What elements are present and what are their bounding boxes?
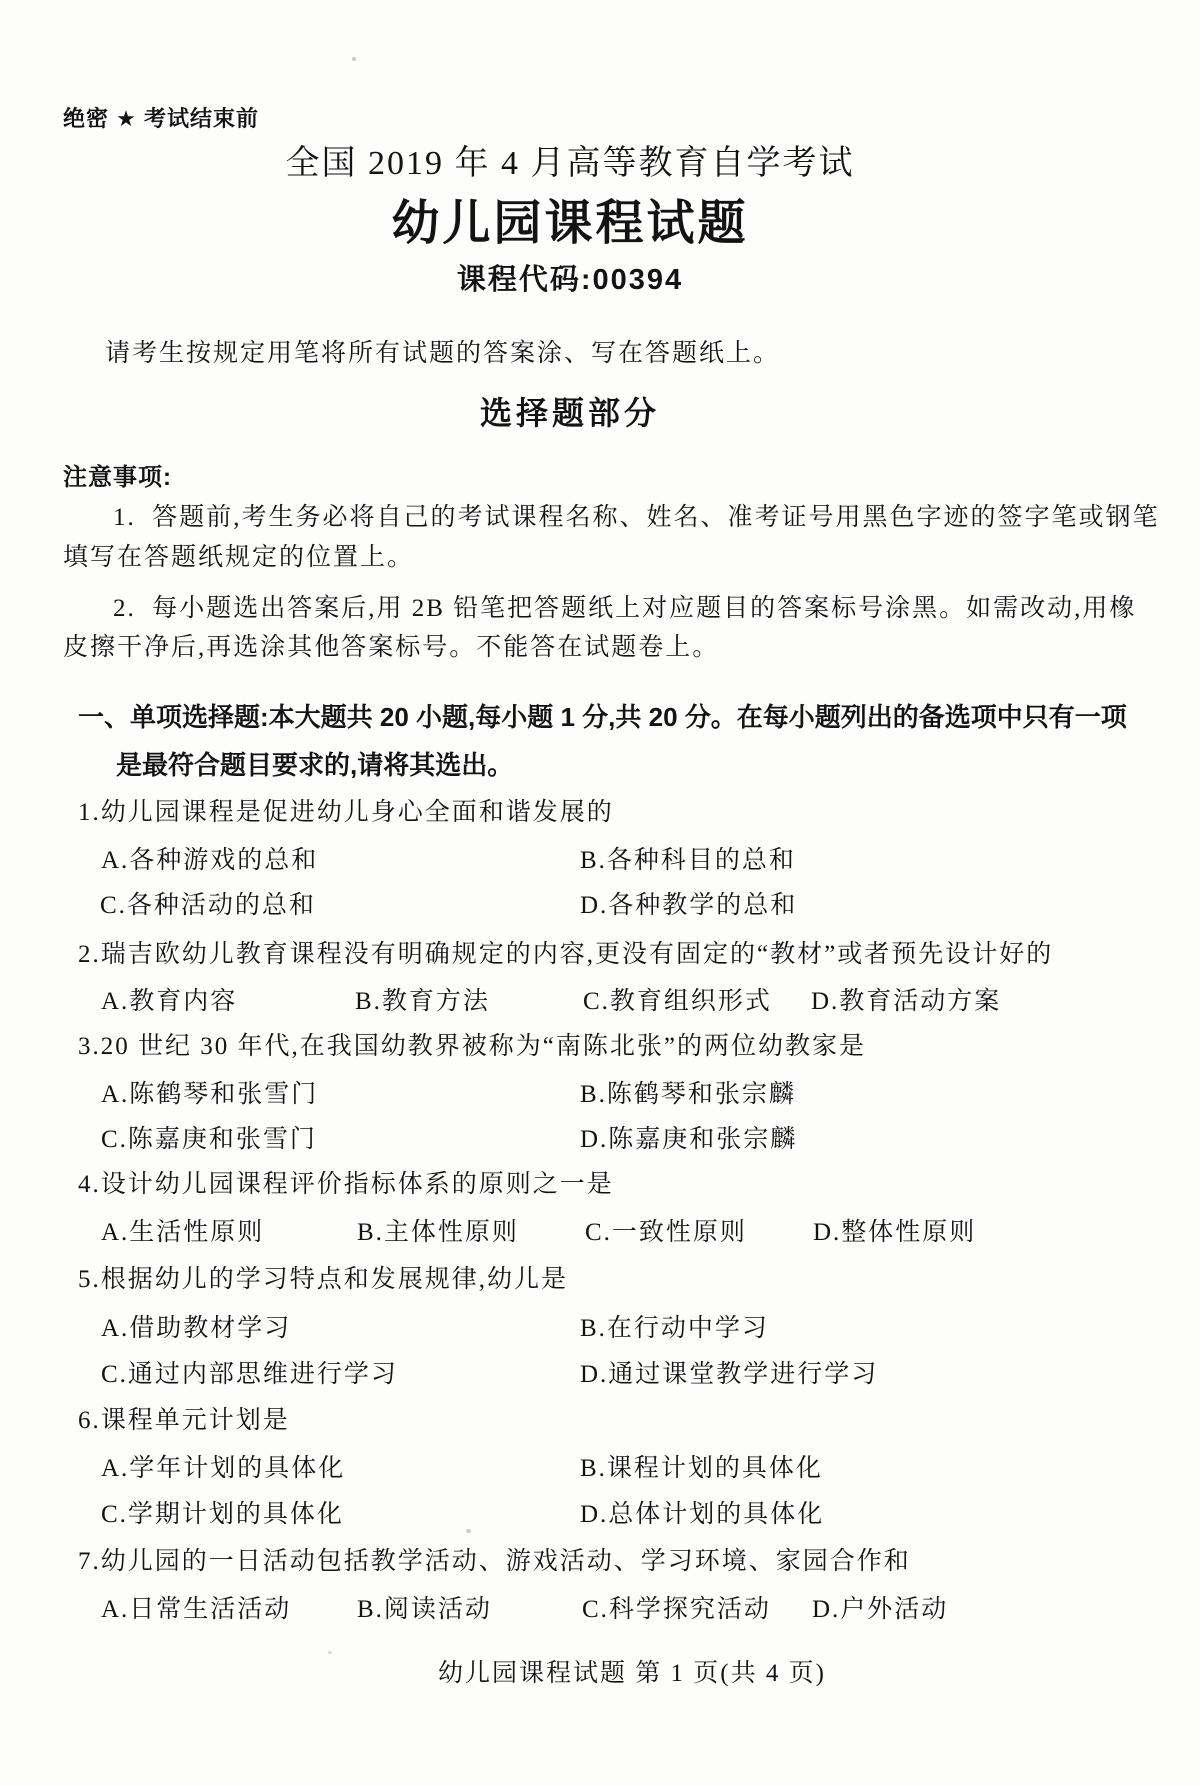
paper-title: 幼儿园课程试题 <box>0 196 1140 251</box>
note-2-line-2: 皮擦干净后,再选涂其他答案标号。不能答在试题卷上。 <box>63 634 719 663</box>
question-2-option-a: A.教育内容 <box>101 988 237 1017</box>
question-6-option-b: B.课程计划的具体化 <box>580 1455 823 1484</box>
question-2-option-b: B.教育方法 <box>355 988 490 1017</box>
section-heading-line-2: 是最符合题目要求的,请将其选出。 <box>116 751 513 781</box>
question-2-option-c: C.教育组织形式 <box>583 988 772 1017</box>
question-4-option-d: D.整体性原则 <box>813 1219 976 1248</box>
question-1-option-b: B.各种科目的总和 <box>580 847 796 876</box>
question-7-option-a: A.日常生活活动 <box>101 1596 291 1625</box>
question-1-option-a: A.各种游戏的总和 <box>101 847 318 876</box>
question-5-option-c: C.通过内部思维进行学习 <box>101 1361 398 1390</box>
answer-sheet-instruction: 请考生按规定用笔将所有试题的答案涂、写在答题纸上。 <box>105 340 780 369</box>
course-code: 课程代码:00394 <box>0 264 1140 297</box>
note-1-line-1: 1. 答题前,考生务必将自己的考试课程名称、姓名、准考证号用黑色字迹的签字笔或钢… <box>113 504 1160 533</box>
question-4-option-a: A.生活性原则 <box>101 1219 264 1248</box>
question-6-option-c: C.学期计划的具体化 <box>101 1501 344 1530</box>
question-5-option-b: B.在行动中学习 <box>580 1315 769 1344</box>
scan-artifact-dot <box>352 57 356 61</box>
question-3-option-c: C.陈嘉庚和张雪门 <box>101 1126 317 1155</box>
question-3-option-b: B.陈鹤琴和张宗麟 <box>580 1081 796 1110</box>
question-7-option-c: C.科学探究活动 <box>582 1596 771 1625</box>
question-5-option-a: A.借助教材学习 <box>101 1315 291 1344</box>
exam-session-title: 全国 2019 年 4 月高等教育自学考试 <box>0 144 1140 183</box>
question-7-stem: 7.幼儿园的一日活动包括教学活动、游戏活动、学习环境、家园合作和 <box>78 1548 911 1577</box>
question-7-option-d: D.户外活动 <box>812 1596 948 1625</box>
question-2-stem: 2.瑞吉欧幼儿教育课程没有明确规定的内容,更没有固定的“教材”或者预先设计好的 <box>78 941 1053 970</box>
question-4-option-c: C.一致性原则 <box>585 1219 747 1248</box>
question-6-stem: 6.课程单元计划是 <box>78 1407 290 1436</box>
part-title: 选择题部分 <box>0 395 1140 432</box>
page-footer: 幼儿园课程试题 第 1 页(共 4 页) <box>232 1660 1032 1689</box>
exam-page: 绝密 ★ 考试结束前 全国 2019 年 4 月高等教育自学考试 幼儿园课程试题… <box>0 0 1200 1786</box>
note-2-line-1: 2. 每小题选出答案后,用 2B 铅笔把答题纸上对应题目的答案标号涂黑。如需改动… <box>113 595 1136 624</box>
question-2-option-d: D.教育活动方案 <box>811 988 1001 1017</box>
notes-title: 注意事项: <box>63 464 172 492</box>
question-1-stem: 1.幼儿园课程是促进幼儿身心全面和谐发展的 <box>78 799 614 828</box>
section-heading-line-1: 一、单项选择题:本大题共 20 小题,每小题 1 分,共 20 分。在每小题列出… <box>78 703 1127 733</box>
question-4-option-b: B.主体性原则 <box>357 1219 519 1248</box>
question-4-stem: 4.设计幼儿园课程评价指标体系的原则之一是 <box>78 1171 614 1200</box>
question-3-option-a: A.陈鹤琴和张雪门 <box>101 1081 318 1110</box>
question-5-option-d: D.通过课堂教学进行学习 <box>580 1361 878 1390</box>
question-6-option-a: A.学年计划的具体化 <box>101 1455 345 1484</box>
question-1-option-d: D.各种教学的总和 <box>580 892 797 921</box>
question-6-option-d: D.总体计划的具体化 <box>580 1501 824 1530</box>
question-1-option-c: C.各种活动的总和 <box>100 892 316 921</box>
question-3-option-d: D.陈嘉庚和张宗麟 <box>580 1126 797 1155</box>
scan-artifact-dot <box>328 1651 332 1654</box>
question-7-option-b: B.阅读活动 <box>357 1596 492 1625</box>
scan-artifact-dot <box>466 1529 471 1533</box>
question-5-stem: 5.根据幼儿的学习特点和发展规律,幼儿是 <box>78 1266 568 1295</box>
note-1-line-2: 填写在答题纸规定的位置上。 <box>63 544 414 573</box>
question-3-stem: 3.20 世纪 30 年代,在我国幼教界被称为“南陈北张”的两位幼教家是 <box>78 1033 866 1062</box>
classification-banner: 绝密 ★ 考试结束前 <box>63 106 259 131</box>
